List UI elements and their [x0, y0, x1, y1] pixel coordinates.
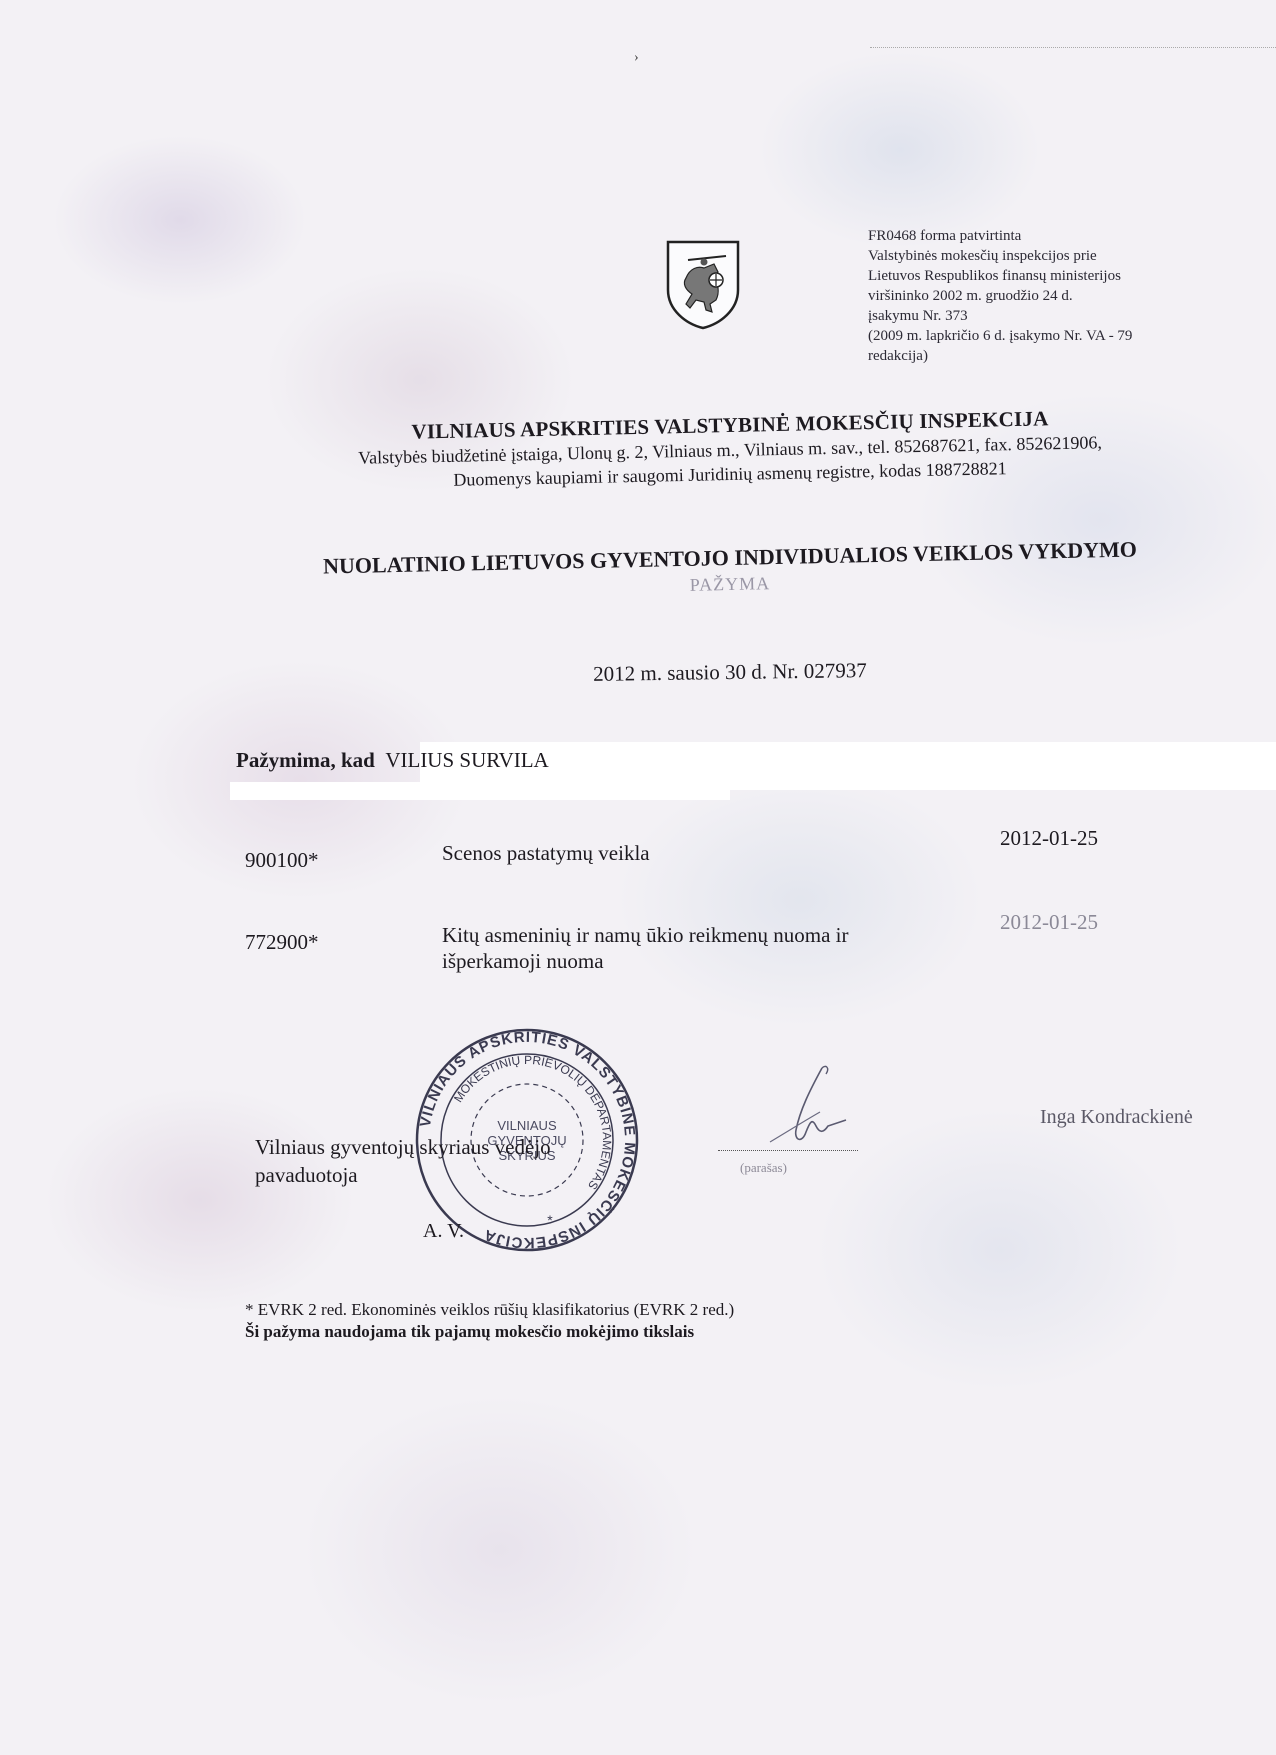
stamp-center-text: VILNIAUS: [497, 1118, 557, 1133]
redaction-box: [230, 782, 730, 800]
footnote-classifier: * EVRK 2 red. Ekonominės veiklos rūšių k…: [245, 1300, 734, 1320]
stamp-star: *: [547, 1212, 553, 1228]
seal-label: A. V.: [423, 1220, 464, 1243]
role-line: pavaduotoja: [255, 1161, 551, 1189]
role-line: Vilniaus gyventojų skyriaus vedėjo: [255, 1133, 551, 1161]
form-note-line: redakcija): [868, 346, 1208, 366]
lithuanian-coat-of-arms-icon: [664, 238, 742, 330]
activity-description: Scenos pastatymų veikla: [442, 840, 902, 866]
footnote-usage: Ši pažyma naudojama tik pajamų mokesčio …: [245, 1322, 694, 1342]
certification-label: Pažymima, kad: [236, 748, 375, 772]
signature-label: (parašas): [740, 1160, 787, 1176]
form-note-line: Lietuvos Respublikos finansų ministerijo…: [868, 266, 1208, 286]
form-note-line: įsakymu Nr. 373: [868, 306, 1208, 326]
page-edge-line: [870, 47, 1276, 48]
form-note-line: (2009 m. lapkričio 6 d. įsakymo Nr. VA -…: [868, 326, 1208, 346]
activity-code: 772900*: [245, 930, 319, 955]
form-note-line: FR0468 forma patvirtinta: [868, 226, 1208, 246]
activity-date: 2012-01-25: [1000, 910, 1098, 935]
form-note-line: viršininko 2002 m. gruodžio 24 d.: [868, 286, 1208, 306]
handwritten-signature: [750, 1060, 870, 1160]
signature-line: [718, 1150, 858, 1151]
signer-name: Inga Kondrackienė: [1040, 1106, 1193, 1129]
form-note-line: Valstybinės mokesčių inspekcijos prie: [868, 246, 1208, 266]
form-approval-note: FR0468 forma patvirtinta Valstybinės mok…: [868, 226, 1208, 366]
activity-date: 2012-01-25: [1000, 826, 1098, 851]
activity-description: Kitų asmeninių ir namų ūkio reikmenų nuo…: [442, 922, 902, 974]
activity-code: 900100*: [245, 848, 319, 873]
signatory-role: Vilniaus gyventojų skyriaus vedėjo pavad…: [255, 1133, 551, 1189]
person-name: VILIUS SURVILA: [385, 748, 548, 772]
certification-line: Pažymima, kad VILIUS SURVILA: [236, 748, 549, 773]
scan-mark: ›: [634, 50, 639, 66]
